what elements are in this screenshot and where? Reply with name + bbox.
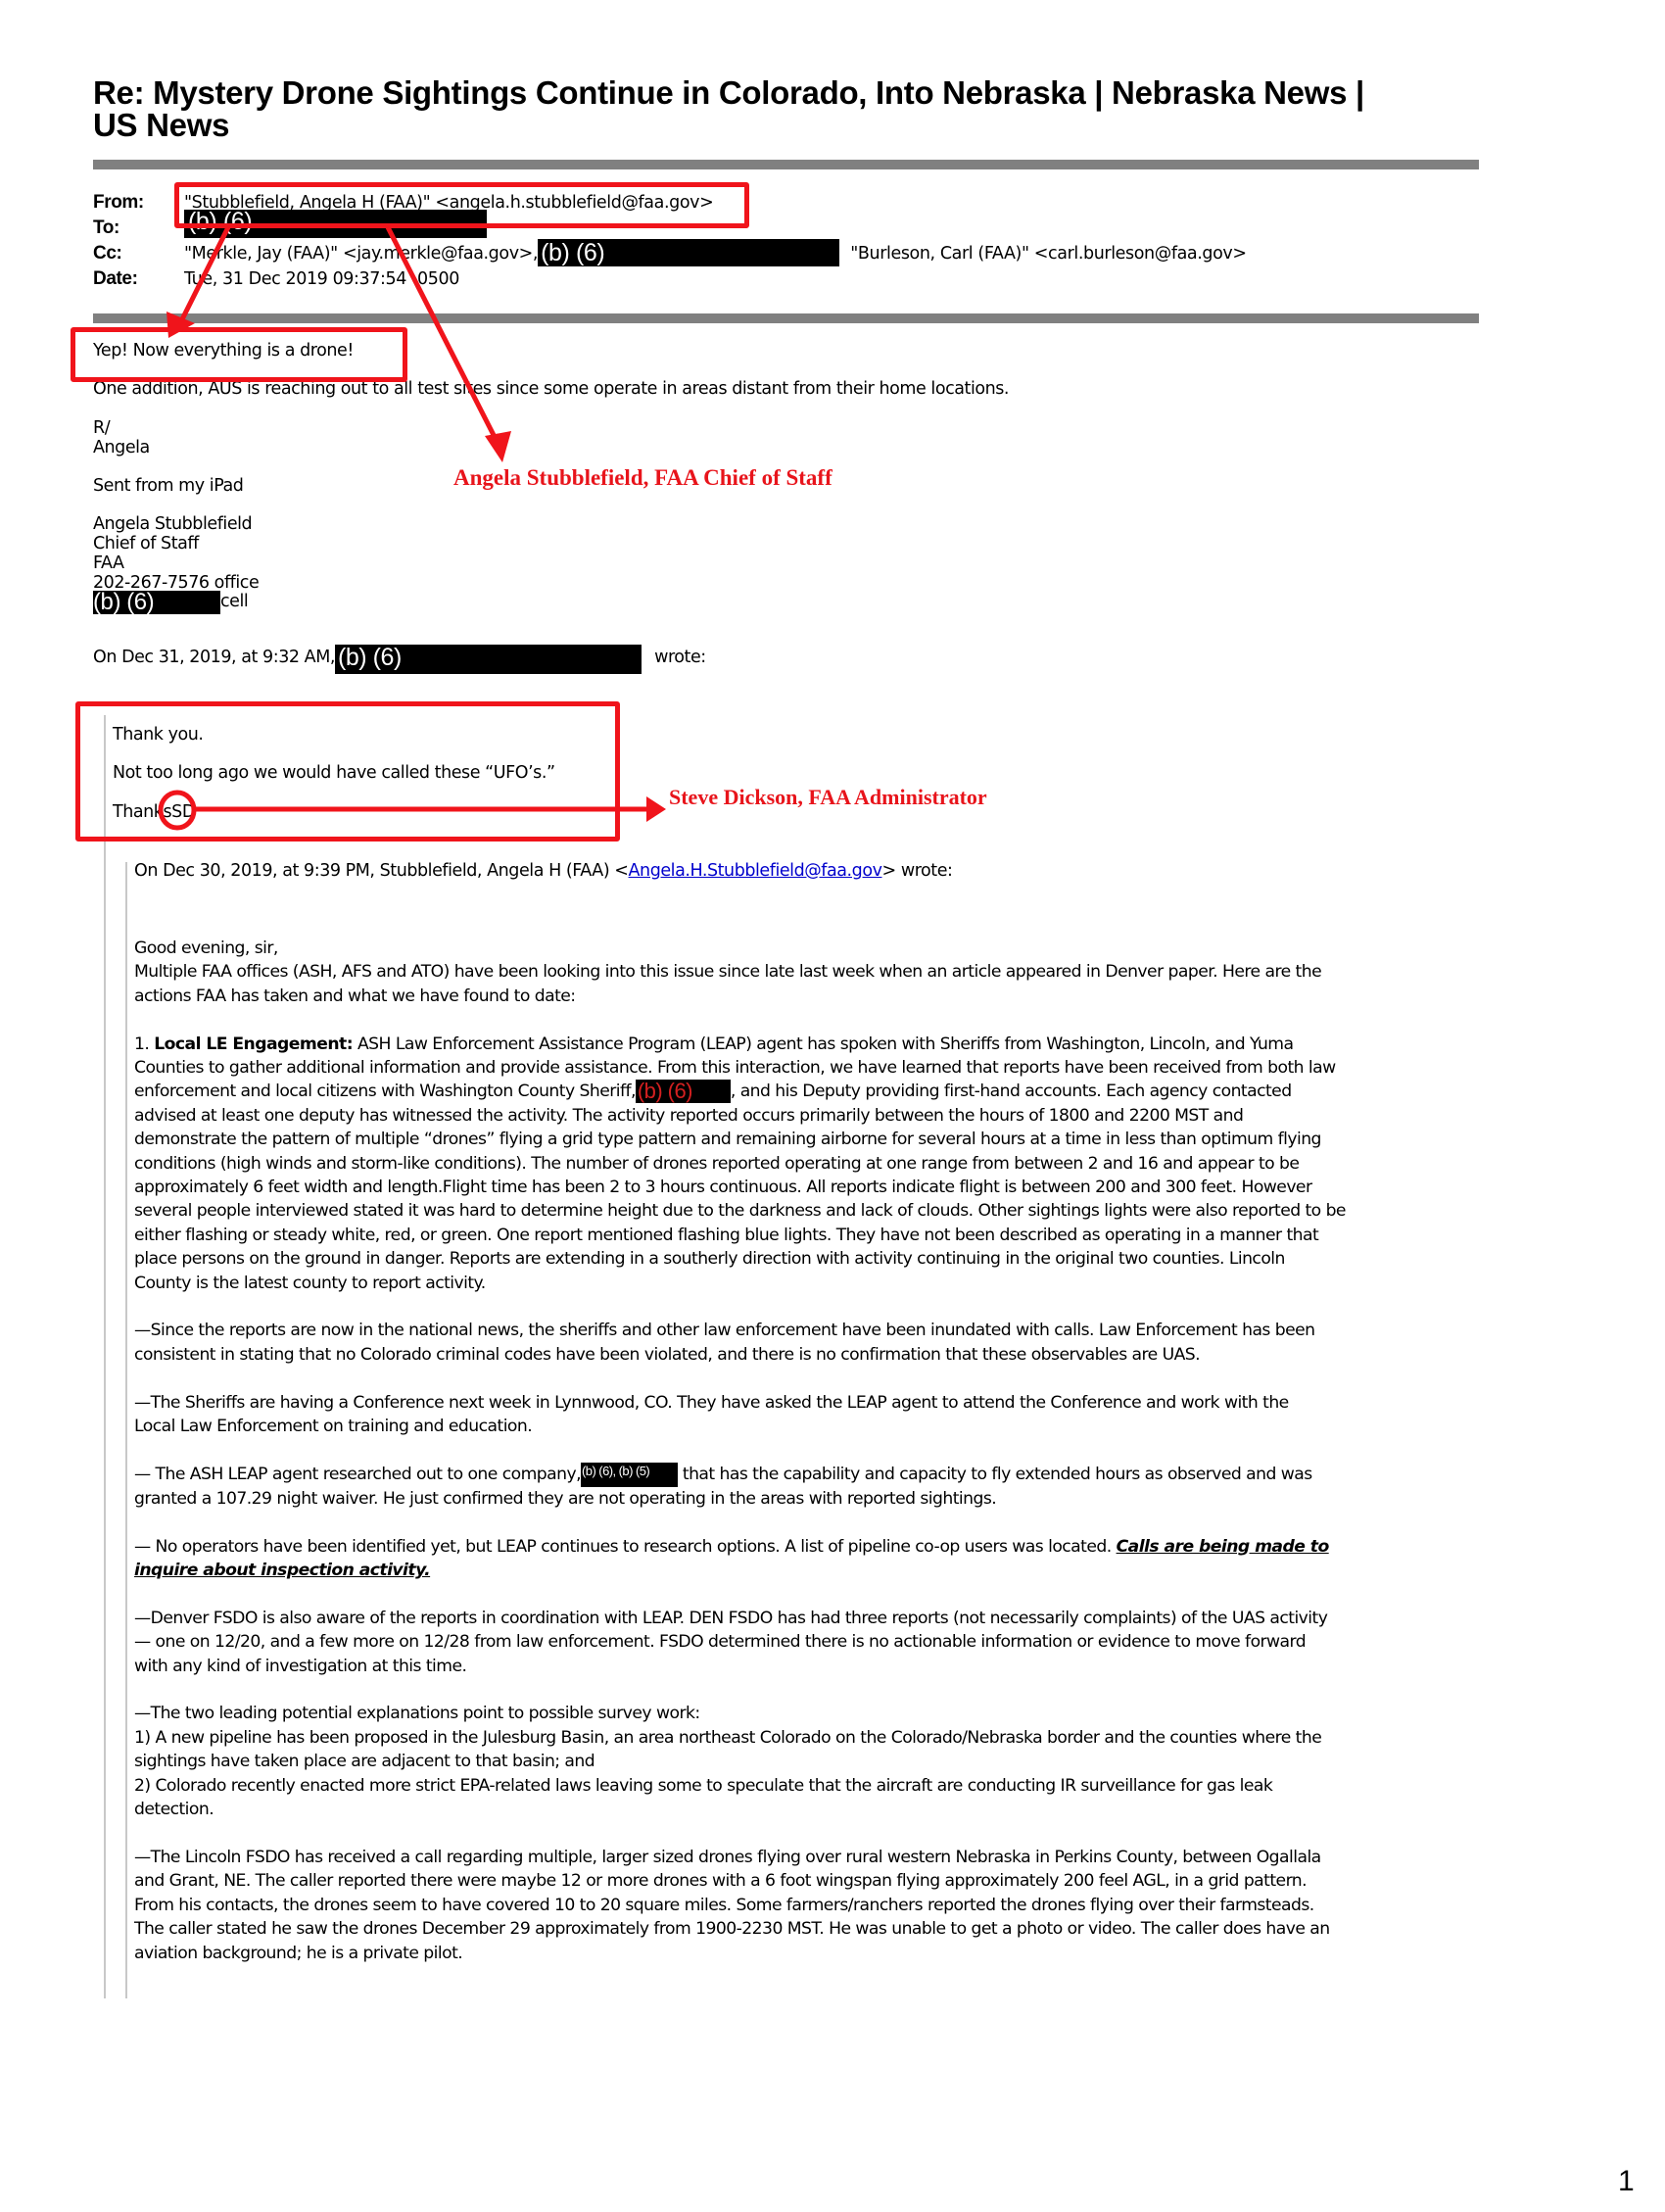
paragraph-8-line: aviation background; he is a private pil… — [134, 1942, 1346, 1965]
sent-from: Sent from my iPad — [93, 477, 243, 497]
p4-post: that has the capability and capacity to … — [678, 1465, 1312, 1484]
p1-line-3-pre: enforcement and local citizens with Wash… — [134, 1082, 636, 1101]
cell-label: cell — [220, 592, 248, 611]
signature-name: Angela Stubblefield — [93, 515, 252, 535]
quote1-attribution: On Dec 31, 2019, at 9:32 AM,(b) (6) wrot… — [93, 649, 706, 674]
quote1-attribution-prefix: On Dec 31, 2019, at 9:32 AM, — [93, 648, 335, 667]
header-divider-top — [93, 160, 1479, 169]
paragraph-7-line: detection. — [134, 1798, 1346, 1821]
reply-line-2: One addition, AUS is reaching out to all… — [93, 380, 1009, 400]
paragraph-1-line: place persons on the ground in danger. R… — [134, 1247, 1346, 1271]
quote2-body: Good evening, sir, Multiple FAA offices … — [134, 937, 1346, 1965]
quote1-border — [104, 715, 106, 1998]
sheriff-redaction: (b) (6) — [636, 1080, 731, 1103]
paragraph-2-line: consistent in stating that no Colorado c… — [134, 1343, 1346, 1367]
paragraph-6-line: — one on 12/20, and a few more on 12/28 … — [134, 1630, 1346, 1654]
paragraph-1-line-3: enforcement and local citizens with Wash… — [134, 1080, 1346, 1103]
quote2-attribution: On Dec 30, 2019, at 9:39 PM, Stubblefiel… — [134, 862, 952, 882]
paragraph-6-line: with any kind of investigation at this t… — [134, 1655, 1346, 1678]
paragraph-1-line: demonstrate the pattern of multiple “dro… — [134, 1128, 1346, 1151]
sender-email-link[interactable]: Angela.H.Stubblefield@faa.gov — [629, 861, 882, 881]
quote2-attribution-suffix: > wrote: — [882, 861, 953, 881]
paragraph-7-line: 1) A new pipeline has been proposed in t… — [134, 1726, 1346, 1750]
reply-closing-1: R/ — [93, 419, 110, 439]
p5-emphasis-1: Calls are being made to — [1117, 1537, 1329, 1557]
annotation-angela: Angela Stubblefield, FAA Chief of Staff — [453, 465, 832, 491]
paragraph-1-line-2: Counties to gather additional informatio… — [134, 1056, 1346, 1080]
paragraph-1-line: County is the latest county to report ac… — [134, 1272, 1346, 1295]
paragraph-6-line: —Denver FSDO is also aware of the report… — [134, 1607, 1346, 1630]
paragraph-1-line: several people interviewed stated it was… — [134, 1199, 1346, 1223]
greeting: Good evening, sir, — [134, 937, 1346, 960]
p5-pre: — No operators have been identified yet,… — [134, 1537, 1117, 1557]
page-number: 1 — [1618, 2165, 1635, 2198]
signature-cell: (b) (6)cell — [93, 593, 248, 614]
p1-heading: Local LE Engagement: — [154, 1034, 353, 1054]
reply-closing-2: Angela — [93, 439, 150, 458]
arrow-head-to-annotation — [485, 431, 511, 462]
paragraph-7-line: sightings have taken place are adjacent … — [134, 1750, 1346, 1773]
p5-emphasis-2: inquire about inspection activity. — [134, 1561, 430, 1580]
cc-recipient-burleson: "Burleson, Carl (FAA)" <carl.burleson@fa… — [850, 244, 1246, 264]
paragraph-5-line-2: inquire about inspection activity. — [134, 1559, 1346, 1582]
paragraph-7-line: —The two leading potential explanations … — [134, 1702, 1346, 1725]
annotation-steve: Steve Dickson, FAA Administrator — [669, 785, 987, 810]
paragraph-2-line: —Since the reports are now in the nation… — [134, 1319, 1346, 1342]
quote1-attribution-suffix: wrote: — [654, 648, 706, 667]
paragraph-4-line-1: — The ASH LEAP agent researched out to o… — [134, 1463, 1346, 1487]
quote2-border — [125, 862, 127, 1998]
paragraph-1-line: advised at least one deputy has witnesse… — [134, 1104, 1346, 1128]
highlight-box-quote — [75, 701, 620, 842]
cc-redaction: (b) (6) — [538, 239, 839, 266]
p4-pre: — The ASH LEAP agent researched out to o… — [134, 1465, 581, 1484]
arrow-head-to-steve — [646, 796, 666, 822]
paragraph-1-line: approximately 6 feet width and length.Fl… — [134, 1176, 1346, 1199]
intro-line-1: Multiple FAA offices (ASH, AFS and ATO) … — [134, 960, 1346, 984]
title-line-1: Re: Mystery Drone Sightings Continue in … — [93, 76, 1484, 109]
quote2-attribution-prefix: On Dec 30, 2019, at 9:39 PM, Stubblefiel… — [134, 861, 629, 881]
document-title: Re: Mystery Drone Sightings Continue in … — [93, 76, 1484, 141]
quote1-sender-redaction: (b) (6) — [335, 645, 642, 674]
paragraph-8-line: The caller stated he saw the drones Dece… — [134, 1917, 1346, 1941]
date-label: Date: — [93, 266, 138, 292]
from-label: From: — [93, 190, 144, 216]
cc-recipient-merkle: "Merkle, Jay (FAA)" <jay.merkle@faa.gov>… — [184, 244, 538, 264]
paragraph-3-line: —The Sheriffs are having a Conference ne… — [134, 1391, 1346, 1415]
cc-value: "Merkle, Jay (FAA)" <jay.merkle@faa.gov>… — [184, 241, 1247, 266]
paragraph-4-line-2: granted a 107.29 night waiver. He just c… — [134, 1487, 1346, 1511]
cell-redaction: (b) (6) — [93, 591, 220, 614]
company-redaction: (b) (6), (b) (5) — [581, 1463, 678, 1487]
p1-line-3-post: , and his Deputy providing first-hand ac… — [731, 1082, 1292, 1101]
p1-line-1-text: ASH Law Enforcement Assistance Program (… — [353, 1034, 1293, 1054]
paragraph-1-line: conditions (high winds and storm-like co… — [134, 1152, 1346, 1176]
header-divider-bottom — [93, 313, 1479, 323]
paragraph-3-line: Local Law Enforcement on training and ed… — [134, 1415, 1346, 1438]
p1-number: 1. — [134, 1034, 154, 1054]
signature-title: Chief of Staff — [93, 535, 199, 554]
paragraph-8-line: —The Lincoln FSDO has received a call re… — [134, 1846, 1346, 1869]
paragraph-8-line: and Grant, NE. The caller reported there… — [134, 1869, 1346, 1893]
paragraph-5-line-1: — No operators have been identified yet,… — [134, 1535, 1346, 1559]
paragraph-8-line: From his contacts, the drones seem to ha… — [134, 1894, 1346, 1917]
paragraph-1-line: either flashing or steady white, red, or… — [134, 1224, 1346, 1247]
intro-line-2: actions FAA has taken and what we have f… — [134, 985, 1346, 1008]
date-value: Tue, 31 Dec 2019 09:37:54 -0500 — [184, 266, 459, 292]
highlight-box-yep — [71, 327, 407, 382]
signature-org: FAA — [93, 554, 124, 574]
to-label: To: — [93, 216, 119, 241]
paragraph-1-line-1: 1. Local LE Engagement: ASH Law Enforcem… — [134, 1033, 1346, 1056]
paragraph-7-line: 2) Colorado recently enacted more strict… — [134, 1774, 1346, 1798]
cc-label: Cc: — [93, 241, 121, 266]
title-line-2: US News — [93, 109, 1484, 141]
highlight-box-from — [174, 182, 749, 228]
